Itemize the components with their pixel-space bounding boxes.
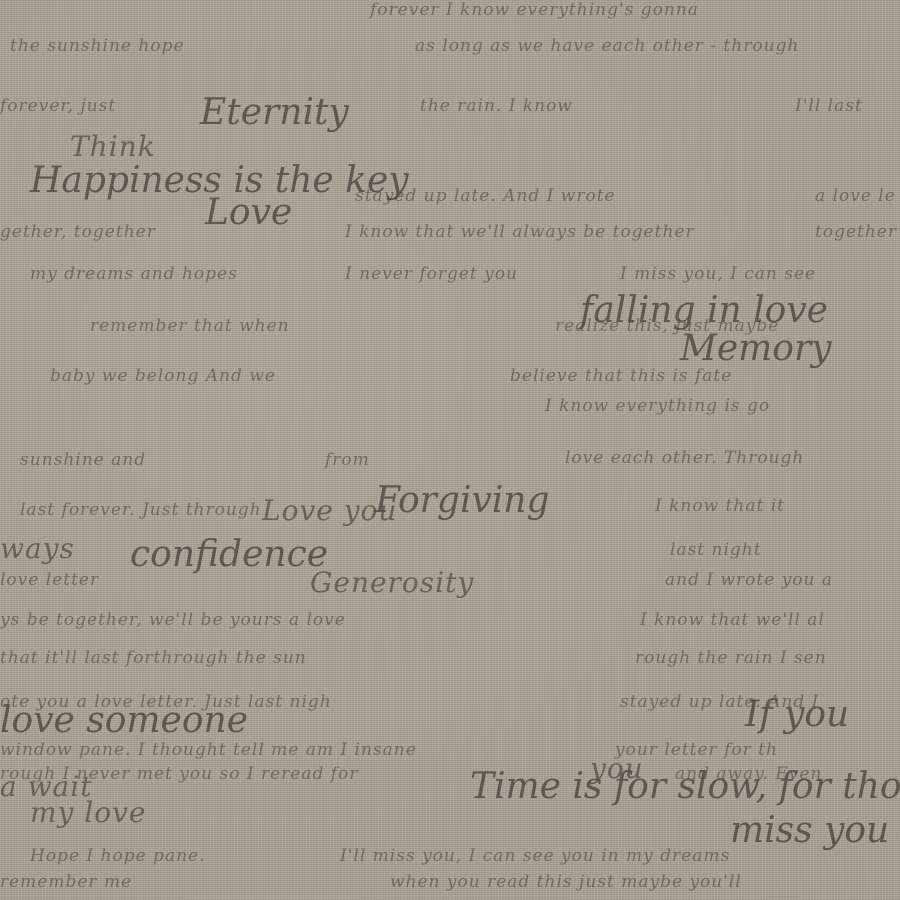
script-feature-word: Time is for slow, for those — [470, 766, 900, 807]
script-text-line: I never forget you — [345, 264, 518, 284]
script-text-line: as long as we have each other - through — [415, 36, 799, 56]
script-feature-word: love someone — [0, 700, 248, 741]
script-text-line: I know that we'll always be together — [345, 222, 695, 242]
script-feature-word: Memory — [680, 328, 832, 369]
script-feature-word: Think — [70, 130, 156, 163]
script-feature-word: my love — [30, 796, 146, 829]
script-text-line: the sunshine hope — [10, 36, 185, 56]
script-feature-word: Eternity — [200, 92, 349, 133]
script-text-line: I miss you, I can see — [620, 264, 816, 284]
script-text-line: I know that we'll al — [640, 610, 825, 630]
script-text-line: a love le — [815, 186, 896, 206]
script-feature-word: Love you — [262, 494, 397, 527]
script-text-line: last forever. Just through — [20, 500, 262, 520]
script-feature-word: Generosity — [310, 566, 474, 599]
script-text-line: love each other. Through — [565, 448, 804, 468]
script-text-line: the rain. I know — [420, 96, 573, 116]
script-text-line: baby we belong And we — [50, 366, 276, 386]
script-feature-word: you — [590, 752, 644, 785]
script-feature-word: falling in love — [580, 290, 828, 331]
script-wallpaper-texture: forever I know everything's gonnathe sun… — [0, 0, 900, 900]
script-text-line: ys be together, we'll be yours a love — [0, 610, 346, 630]
script-text-line: remember me — [0, 872, 132, 892]
script-text-line: forever, just — [0, 96, 116, 116]
script-text-line: love letter — [0, 570, 99, 590]
script-feature-word: miss you — [730, 810, 889, 851]
script-text-line: from — [325, 450, 370, 470]
script-text-line: believe that this is fate — [510, 366, 732, 386]
script-text-line: I know that it — [655, 496, 785, 516]
script-text-line: that it'll last forthrough the sun — [0, 648, 307, 668]
script-feature-word: confidence — [130, 534, 328, 575]
script-text-line: ways — [0, 532, 75, 565]
script-text-line: forever I know everything's gonna — [370, 0, 699, 20]
script-text-line: last night — [670, 540, 762, 560]
script-text-line: together — [815, 222, 897, 242]
script-text-line: sunshine and — [20, 450, 146, 470]
script-text-line: my dreams and hopes — [30, 264, 238, 284]
script-feature-word: Forgiving — [375, 480, 550, 521]
script-text-line: Hope I hope pane. — [30, 846, 206, 866]
script-text-line: I know everything is go — [545, 396, 770, 416]
script-text-line: rough the rain I sen — [635, 648, 827, 668]
script-feature-word: If you — [745, 694, 849, 735]
script-feature-word: Love — [205, 192, 292, 233]
script-text-line: remember that when — [90, 316, 290, 336]
script-text-line: window pane. I thought tell me am I insa… — [0, 740, 417, 760]
script-text-line: gether, together — [0, 222, 156, 242]
script-text-line: and I wrote you a — [665, 570, 833, 590]
script-text-line: I'll miss you, I can see you in my dream… — [340, 846, 730, 866]
script-text-line: when you read this just maybe you'll — [390, 872, 742, 892]
script-text-line: I'll last — [795, 96, 863, 116]
